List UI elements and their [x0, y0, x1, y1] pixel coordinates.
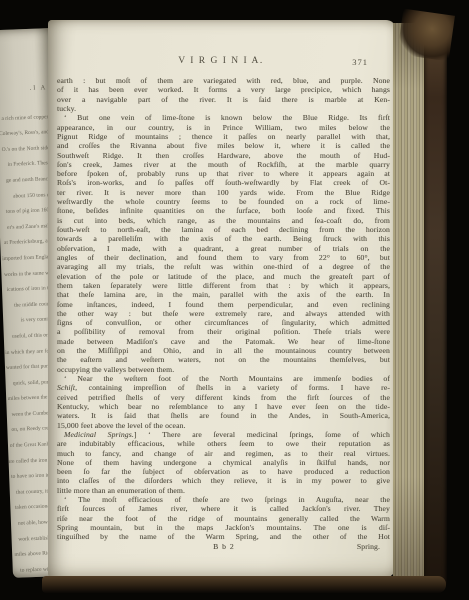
- text-line: ‘ Near the weſtern foot of the North Mou…: [57, 374, 390, 383]
- book-photo: I A.of a rich mine of copperColeway's, R…: [0, 0, 469, 600]
- text-line: the eaſtern and weſtern waters, not on t…: [57, 355, 390, 364]
- running-title: V I R G I N I A.: [57, 56, 385, 66]
- text-line: that theſe lamina are, in the main, para…: [57, 290, 390, 299]
- page-text: earth : but moſt of them are variegated …: [57, 76, 390, 542]
- text-line: 15,000 feet above the level of the ocean…: [57, 421, 390, 430]
- text-line: Kentucky, which bear no reſemblance to a…: [57, 402, 390, 411]
- text-line: been ſo far the ſubject of obſervation a…: [57, 467, 390, 476]
- text-line: Spring mountain, but in the maps Jackſon…: [57, 523, 390, 532]
- text-line: little more than an enumeration of them.: [57, 486, 390, 495]
- text-line: Pignut Ridge of mountains ; thence it pa…: [57, 132, 390, 141]
- signature-mark: B b 2: [213, 542, 235, 551]
- text-line: weſtwardly the whole country ſeems to be…: [57, 197, 390, 206]
- book-page: V I R G I N I A. 371 earth : but moſt of…: [48, 20, 396, 578]
- text-line: Roſs's iron-works, and ſo paſſes off ſou…: [57, 178, 390, 187]
- text-line: ſouth-weſt to north-eaſt, the lamina of …: [57, 225, 390, 234]
- text-line: obſervation, I made, with a quadrant, a …: [57, 244, 390, 253]
- text-line: waters. It is ſaid that ſhells are found…: [57, 411, 390, 420]
- text-line: the other way : but theſe were extremely…: [57, 309, 390, 318]
- text-line: appearance, in our country, is in Prince…: [57, 123, 390, 132]
- text-line: tinguiſhed by the name of the Warm Sprin…: [57, 532, 390, 541]
- text-line: are indubitably efficacious, while other…: [57, 439, 390, 448]
- text-line: is cut into beds, which range, as the mo…: [57, 216, 390, 225]
- text-line: of it has been ever worked. It forms a v…: [57, 85, 390, 94]
- text-line: firſt ſources of James river, where it i…: [57, 504, 390, 513]
- text-line: ſtone, beſides infinite quantities on th…: [57, 206, 390, 215]
- text-line: Medicinal Springs.] ‘ There are ſeveral …: [57, 430, 390, 439]
- worn-corner: [397, 9, 455, 62]
- text-line: them taken ſeparately were little differ…: [57, 281, 390, 290]
- text-line: on the Miſſiſippi and Ohio, and in all t…: [57, 346, 390, 355]
- text-line: occupying the valleys between them.: [57, 365, 390, 374]
- text-line: None of them having undergone a chymical…: [57, 458, 390, 467]
- signature-line: B b 2 Spring.: [57, 542, 390, 551]
- text-line: towards a parelleliſm with the axis of t…: [57, 234, 390, 243]
- text-line: Southweſt Ridge. It then croſſes Hardwar…: [57, 151, 390, 160]
- book-cover-bottom: [42, 576, 446, 593]
- text-line: ſome inſtances, indeed, I found them per…: [57, 300, 390, 309]
- text-line: avaraging all my trials, the reſult was …: [57, 262, 390, 271]
- text-line: a poſſibility of removal from their orig…: [57, 327, 390, 336]
- text-line: ‘ But one vein of lime-ſtone is known be…: [57, 113, 390, 122]
- text-line: over a navigable part of the river. It i…: [57, 95, 390, 104]
- page-number: 371: [352, 57, 368, 67]
- text-line: ‘ The moſt efficacious of theſe are two …: [57, 495, 390, 504]
- text-line: much to fancy, and change of air and reg…: [57, 449, 390, 458]
- text-line: and croſſes the Rivanna about five miles…: [57, 141, 390, 150]
- text-line: elevation of the pole or latitude of the…: [57, 272, 390, 281]
- text-line: ſon's creek, James river at the mouth of…: [57, 160, 390, 169]
- text-line: ceived petrified ſhells of very differen…: [57, 393, 390, 402]
- text-line: tucky.: [57, 104, 390, 113]
- text-line: before ſpoken of, probably runs up that …: [57, 169, 390, 178]
- text-line: angles of their declination, and found t…: [57, 253, 390, 262]
- book-cover-edge: [424, 17, 447, 590]
- text-line: earth : but moſt of them are variegated …: [57, 76, 390, 85]
- catchword: Spring.: [357, 542, 380, 551]
- facing-page-text-fragment: I A.: [0, 80, 55, 98]
- text-line: made between Madiſon's cave and the Pato…: [57, 337, 390, 346]
- text-line: Schiſt, containing impreſſion of ſhells …: [57, 383, 390, 392]
- text-line: into claſſes of the diſorders which they…: [57, 476, 390, 485]
- page-header: V I R G I N I A. 371: [57, 56, 385, 68]
- text-line: ter river. It is never more than 100 yar…: [57, 188, 390, 197]
- text-line: riſe near the foot of the ridge of mount…: [57, 514, 390, 523]
- text-line: ſigns of convulſion, or other circumſtan…: [57, 318, 390, 327]
- page-text-column: earth : but moſt of them are variegated …: [57, 76, 390, 551]
